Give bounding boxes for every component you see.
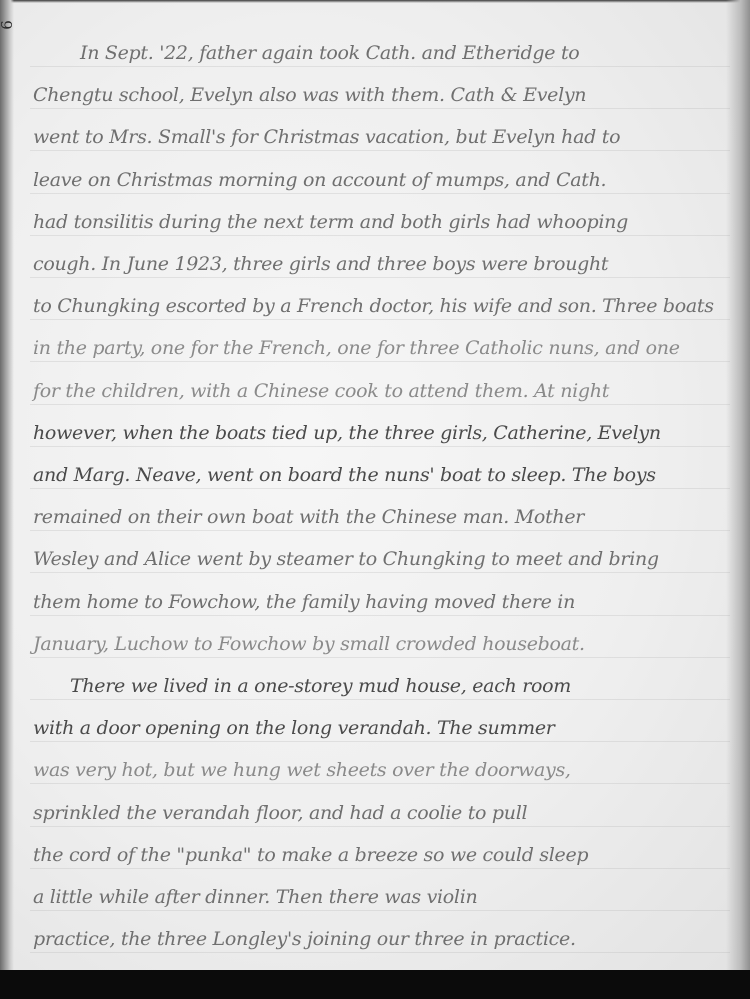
text-line-6: cough. In June 1923, three girls and thr… [33,253,608,275]
ruled-line [30,699,730,700]
ruled-line [30,952,730,953]
ruled-line [30,150,730,151]
text-line-10: however, when the boats tied up, the thr… [33,422,661,444]
ruled-line [30,615,730,616]
ruled-line [30,910,730,911]
ruled-line [30,446,730,447]
text-line-17: with a door opening on the long verandah… [33,717,555,739]
text-line-15: January, Luchow to Fowchow by small crow… [33,633,585,655]
text-line-3: went to Mrs. Small's for Christmas vacat… [33,126,620,148]
ruled-line [30,488,730,489]
text-line-5: had tonsilitis during the next term and … [33,211,628,233]
ruled-line [30,66,730,67]
text-line-12: remained on their own boat with the Chin… [33,506,584,528]
text-line-7: to Chungking escorted by a French doctor… [33,295,714,317]
ruled-line [30,868,730,869]
ruled-line [30,826,730,827]
text-line-1: In Sept. '22, father again took Cath. an… [80,42,579,64]
ruled-line [30,319,730,320]
ruled-line [30,361,730,362]
text-line-9: for the children, with a Chinese cook to… [33,380,609,402]
text-line-20: the cord of the "punka" to make a breeze… [33,844,588,866]
text-line-19: sprinkled the verandah floor, and had a … [33,802,527,824]
ruled-line [30,108,730,109]
text-line-22: practice, the three Longley's joining ou… [33,928,576,950]
text-line-13: Wesley and Alice went by steamer to Chun… [33,548,659,570]
text-line-16: There we lived in a one-storey mud house… [70,675,571,697]
text-line-21: a little while after dinner. Then there … [33,886,477,908]
text-line-2: Chengtu school, Evelyn also was with the… [33,84,586,106]
ruled-line [30,235,730,236]
text-line-18: was very hot, but we hung wet sheets ove… [33,759,571,781]
text-line-4: leave on Christmas morning on account of… [33,169,606,191]
handwritten-text: In Sept. '22, father again took Cath. an… [0,0,750,970]
ruled-line [30,783,730,784]
scanned-page: 6 In Sept. '22, father again took Cath. … [0,0,750,970]
text-line-11: and Marg. Neave, went on board the nuns'… [33,464,656,486]
ruled-line [30,572,730,573]
text-line-8: in the party, one for the French, one fo… [33,337,680,359]
ruled-line [30,277,730,278]
ruled-line [30,657,730,658]
ruled-line [30,741,730,742]
text-line-14: them home to Fowchow, the family having … [33,591,575,613]
scan-bottom-border [0,970,750,999]
ruled-line [30,193,730,194]
ruled-line [30,404,730,405]
ruled-line [30,530,730,531]
